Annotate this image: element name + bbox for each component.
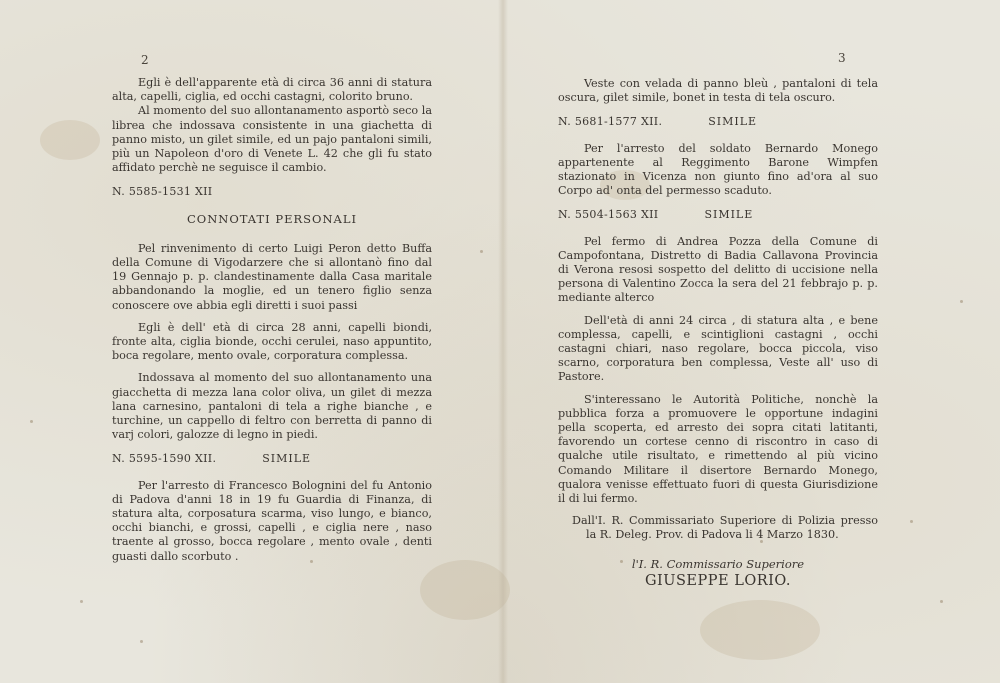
reference-number: N. 5681-1577 XII. SIMILE <box>558 115 878 129</box>
paragraph: Per l'arresto del soldato Bernardo Moneg… <box>558 142 878 199</box>
paragraph: Al momento del suo allontanamento asport… <box>112 104 432 175</box>
reference-label: SIMILE <box>262 452 311 466</box>
reference-label: SIMILE <box>708 115 757 129</box>
reference-number: N. 5585-1531 XII <box>112 185 432 199</box>
reference-code: N. 5595-1590 XII. <box>112 452 216 466</box>
paragraph: Egli è dell'apparente età di circa 36 an… <box>112 76 432 104</box>
signature-name: GIUSEPPE LORIO. <box>558 574 878 588</box>
reference-code: N. 5585-1531 XII <box>112 185 212 199</box>
paragraph: Egli è dell' età di circa 28 anni, capel… <box>112 321 432 364</box>
paragraph: Dell'età di anni 24 circa , di statura a… <box>558 314 878 385</box>
paragraph: Pel rinvenimento di certo Luigi Peron de… <box>112 242 432 313</box>
paragraph: Pel fermo di Andrea Pozza della Comune d… <box>558 235 878 306</box>
page-number: 2 <box>141 53 149 67</box>
paragraph: Veste con velada di panno bleù , pantalo… <box>558 77 878 105</box>
reference-number: N. 5595-1590 XII. SIMILE <box>112 452 432 466</box>
reference-number: N. 5504-1563 XII SIMILE <box>558 208 878 222</box>
dateline: Dall'I. R. Commissariato Superiore di Po… <box>572 514 878 542</box>
signature-title: l'I. R. Commissario Superiore <box>558 557 878 571</box>
page-fold <box>498 0 508 683</box>
page-number: 3 <box>838 51 846 65</box>
reference-code: N. 5504-1563 XII <box>558 208 658 222</box>
reference-label: SIMILE <box>704 208 753 222</box>
section-heading: CONNOTATI PERSONALI <box>112 212 432 226</box>
document-spread: 2 Egli è dell'apparente età di circa 36 … <box>0 0 1000 683</box>
left-page: 2 Egli è dell'apparente età di circa 36 … <box>0 0 498 683</box>
paragraph: S'interessano le Autorità Politiche, non… <box>558 393 878 507</box>
paragraph: Indossava al momento del suo allontaname… <box>112 371 432 442</box>
right-page: ꝏ ꝏ 3 Veste con velada di panno bleù , p… <box>508 0 1000 683</box>
paragraph: Per l'arresto di Francesco Bolognini del… <box>112 479 432 564</box>
reference-code: N. 5681-1577 XII. <box>558 115 662 129</box>
right-column: Veste con velada di panno bleù , pantalo… <box>558 77 878 588</box>
left-column: Egli è dell'apparente età di circa 36 an… <box>112 76 432 572</box>
